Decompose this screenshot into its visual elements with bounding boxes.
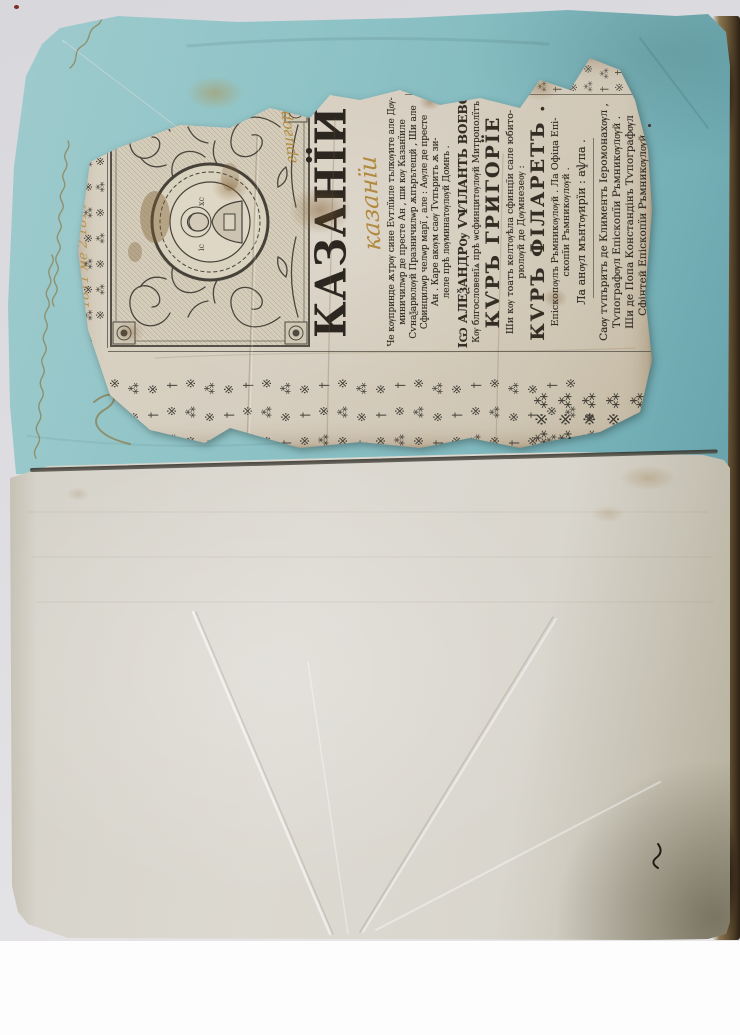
crease-line — [308, 662, 348, 934]
crease-line — [376, 782, 660, 930]
crease-line — [28, 512, 714, 602]
crease-line — [327, 118, 335, 446]
page-creases — [8, 452, 732, 940]
pasted-title-page-fragment: 1811 ме 2 1814 ※ ⁂ ※ ⁂ ※ ⁂ ※ ⁂ ※ ⁂ ※ ⁂ ※… — [75, 58, 652, 448]
crease-line — [247, 136, 257, 448]
crease-line — [196, 612, 333, 934]
marginal-handwriting-squiggle — [52, 141, 69, 306]
fragment-paper: 1811 ме 2 1814 ※ ⁂ ※ ⁂ ※ ⁂ ※ ⁂ ※ ⁂ ※ ⁂ ※… — [75, 58, 652, 448]
crease-line — [188, 38, 548, 46]
crease-line — [193, 612, 330, 934]
marginal-handwriting-squiggle — [34, 255, 53, 458]
blank-book-page — [8, 452, 732, 940]
red-speck-mark — [14, 5, 19, 9]
fragment-creases — [75, 58, 652, 448]
crease-line — [496, 154, 503, 448]
crease-line — [360, 617, 553, 932]
crease-line — [155, 348, 635, 358]
crease-line — [249, 136, 259, 448]
photo-white-margin — [0, 941, 740, 1035]
crease-line — [363, 619, 556, 932]
ink-mark — [653, 844, 660, 868]
